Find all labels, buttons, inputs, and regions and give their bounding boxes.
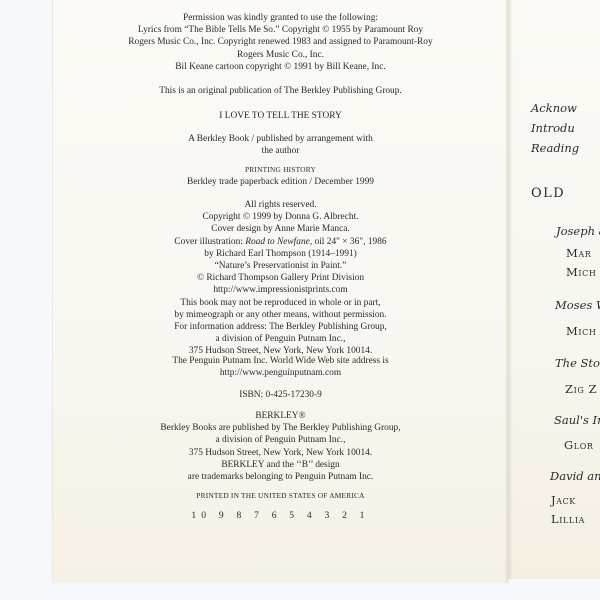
arrangement-block: A Berkley Book / published by arrangemen… bbox=[53, 133, 508, 157]
author-name: Glor bbox=[564, 436, 593, 455]
toc-story-author: Jack Lillia bbox=[551, 491, 585, 529]
permissions-line: Bil Keane cartoon copyright © 1991 by Bi… bbox=[53, 61, 508, 73]
author-name: Jack bbox=[551, 491, 585, 510]
toc-story-author: Mar Mich bbox=[566, 244, 596, 282]
toc-story-title: Joseph a bbox=[556, 224, 600, 238]
rights-block: All rights reserved. Copyright © 1999 by… bbox=[53, 199, 508, 358]
cover-illustration-suffix: , oil 24" × 36", 1986 bbox=[310, 237, 387, 247]
reproduction-notice: This book may not be reproduced in whole… bbox=[53, 297, 508, 309]
reproduction-notice: by mimeograph or any other means, withou… bbox=[53, 309, 508, 321]
permissions-heading: Permission was kindly granted to use the… bbox=[53, 12, 508, 24]
toc-story-title: The Sto bbox=[555, 356, 600, 370]
permissions-line: Lyrics from “The Bible Tells Me So.” Cop… bbox=[53, 24, 508, 36]
cover-design-credit: Cover design by Anne Marie Manca. bbox=[53, 223, 508, 235]
artist-quote: “Nature’s Preservationist in Paint.” bbox=[53, 260, 508, 272]
printed-in-notice: PRINTED IN THE UNITED STATES OF AMERICA bbox=[53, 490, 508, 502]
website-line: The Penguin Putnam Inc. World Wide Web s… bbox=[53, 355, 508, 367]
cover-illustration-title: Road to Newfane bbox=[245, 237, 310, 247]
author-name: Lillia bbox=[551, 510, 585, 529]
copyright-line: Copyright © 1999 by Donna G. Albrecht. bbox=[53, 211, 508, 223]
toc-item-reading: Reading bbox=[531, 138, 579, 158]
printing-history-heading: PRINTING HISTORY bbox=[53, 164, 508, 176]
arrangement-line: the author bbox=[53, 145, 508, 157]
book-title: I LOVE TO TELL THE STORY bbox=[53, 110, 508, 122]
front-matter-list: Acknow Introdu Reading bbox=[531, 98, 579, 158]
contents-page: Acknow Introdu Reading OLD Joseph a Mar … bbox=[508, 0, 600, 579]
printing-history-block: PRINTING HISTORY Berkley trade paperback… bbox=[53, 164, 508, 188]
arrangement-line: A Berkley Book / published by arrangemen… bbox=[53, 133, 508, 145]
permissions-block: Permission was kindly granted to use the… bbox=[53, 12, 508, 73]
imprint-line: Berkley Books are published by The Berkl… bbox=[53, 422, 508, 434]
permissions-line: Rogers Music Co., Inc. Copyright renewed… bbox=[53, 36, 508, 48]
imprint-line: BERKLEY and the ‘‘B’’ design bbox=[53, 459, 508, 471]
info-address: a division of Penguin Putnam Inc., bbox=[53, 333, 508, 345]
original-publication-note: This is an original publication of The B… bbox=[53, 85, 508, 97]
info-address: For information address: The Berkley Pub… bbox=[53, 321, 508, 333]
imprint-name: BERKLEY® bbox=[53, 410, 508, 422]
toc-story-author: Glor bbox=[564, 436, 593, 455]
toc-story-author: Zig Z bbox=[565, 380, 597, 399]
website-url: http://www.penguinputnam.com bbox=[53, 367, 508, 379]
imprint-line: are trademarks belonging to Penguin Putn… bbox=[53, 471, 508, 483]
gallery-credit: © Richard Thompson Gallery Print Divisio… bbox=[53, 272, 508, 284]
artist-credit: by Richard Earl Thompson (1914–1991) bbox=[53, 248, 508, 260]
printing-line-numbers: 10 9 8 7 6 5 4 3 2 1 bbox=[53, 510, 508, 522]
imprint-line: 375 Hudson Street, New York, New York 10… bbox=[53, 447, 508, 459]
author-name: Mich bbox=[566, 322, 596, 341]
copyright-page: Permission was kindly granted to use the… bbox=[53, 0, 508, 583]
toc-story-author: Mich bbox=[566, 322, 596, 341]
cover-illustration-prefix: Cover illustration: bbox=[174, 237, 245, 247]
author-name: Mar bbox=[566, 244, 596, 263]
gallery-url: http://www.impressionistprints.com bbox=[53, 284, 508, 296]
rights-reserved: All rights reserved. bbox=[53, 199, 508, 211]
toc-story-title: David an bbox=[550, 469, 600, 483]
imprint-line: a division of Penguin Putnam Inc., bbox=[53, 434, 508, 446]
toc-item-acknowledgments: Acknow bbox=[531, 98, 579, 118]
cover-illustration-credit: Cover illustration: Road to Newfane, oil… bbox=[53, 236, 508, 248]
printing-history-edition: Berkley trade paperback edition / Decemb… bbox=[53, 176, 508, 188]
author-name: Mich bbox=[566, 263, 596, 282]
imprint-block: BERKLEY® Berkley Books are published by … bbox=[53, 410, 508, 483]
toc-story-title: Moses W bbox=[555, 298, 600, 312]
toc-item-introduction: Introdu bbox=[531, 118, 579, 138]
permissions-line: Rogers Music Co., Inc. bbox=[53, 49, 508, 61]
author-name: Zig Z bbox=[565, 380, 597, 399]
isbn: ISBN: 0-425-17230-9 bbox=[53, 389, 508, 401]
toc-story-title: Saul's In bbox=[554, 413, 600, 427]
section-heading-old-testament: OLD bbox=[531, 186, 565, 201]
website-block: The Penguin Putnam Inc. World Wide Web s… bbox=[53, 355, 508, 379]
